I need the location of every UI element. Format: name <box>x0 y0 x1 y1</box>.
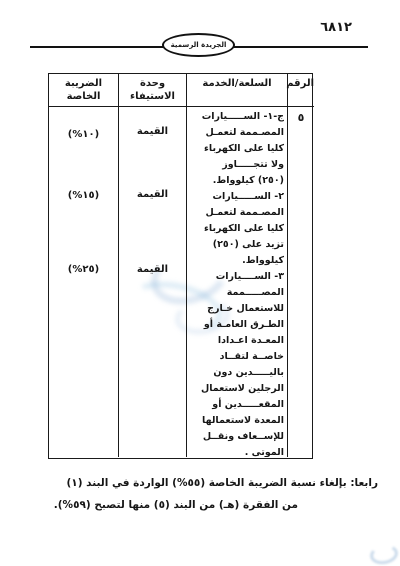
col-header-special-tax: الضريبة الخاصة <box>49 74 118 106</box>
col-header-number: الرقم <box>287 74 314 106</box>
amendment-note-line1: رابعا: بإلغاء نسبة الضريبة الخاصة (٥٥%) … <box>66 477 378 489</box>
col-header-collection-unit: وحدة الاستيفاء <box>118 74 186 106</box>
amendment-note-line2: من الفقرة (هـ) من البند (٥) منها لتصبح (… <box>54 499 298 511</box>
tax-table: الضريبة الخاصة وحدة الاستيفاء السلعة/الخ… <box>48 73 313 459</box>
tax-rate-value: (١٥%) <box>49 190 118 201</box>
goods-service-description: ج-١- الســـــيارات المصـممة لتعمـل كليا … <box>187 107 287 457</box>
collection-unit-value: القيمة <box>119 264 186 275</box>
tax-rate-value: (١٠%) <box>49 129 118 140</box>
cell-collection-unit: القيمة القيمة القيمة <box>118 106 186 457</box>
cell-special-tax: (١٠%) (١٥%) (٢٥%) <box>49 106 118 457</box>
collection-unit-value: القيمة <box>119 126 186 137</box>
corner-watermark <box>369 543 400 566</box>
cell-goods-service: ج-١- الســـــيارات المصـممة لتعمـل كليا … <box>186 106 287 457</box>
collection-unit-value: القيمة <box>119 189 186 200</box>
col-header-goods-service: السلعة/الخدمة <box>186 74 287 106</box>
cell-row-number: ٥ <box>287 106 314 457</box>
tax-rate-value: (٢٥%) <box>49 264 118 275</box>
page-number: ٦٨١٢ <box>320 20 352 35</box>
gazette-page: ٦٨١٢ الجريدة الرسمية الضريبة الخاصة وحدة… <box>0 0 400 566</box>
row-number-value: ٥ <box>288 107 314 124</box>
gazette-title: الجريدة الرسمية <box>171 41 227 49</box>
gazette-title-seal: الجريدة الرسمية <box>162 33 235 57</box>
